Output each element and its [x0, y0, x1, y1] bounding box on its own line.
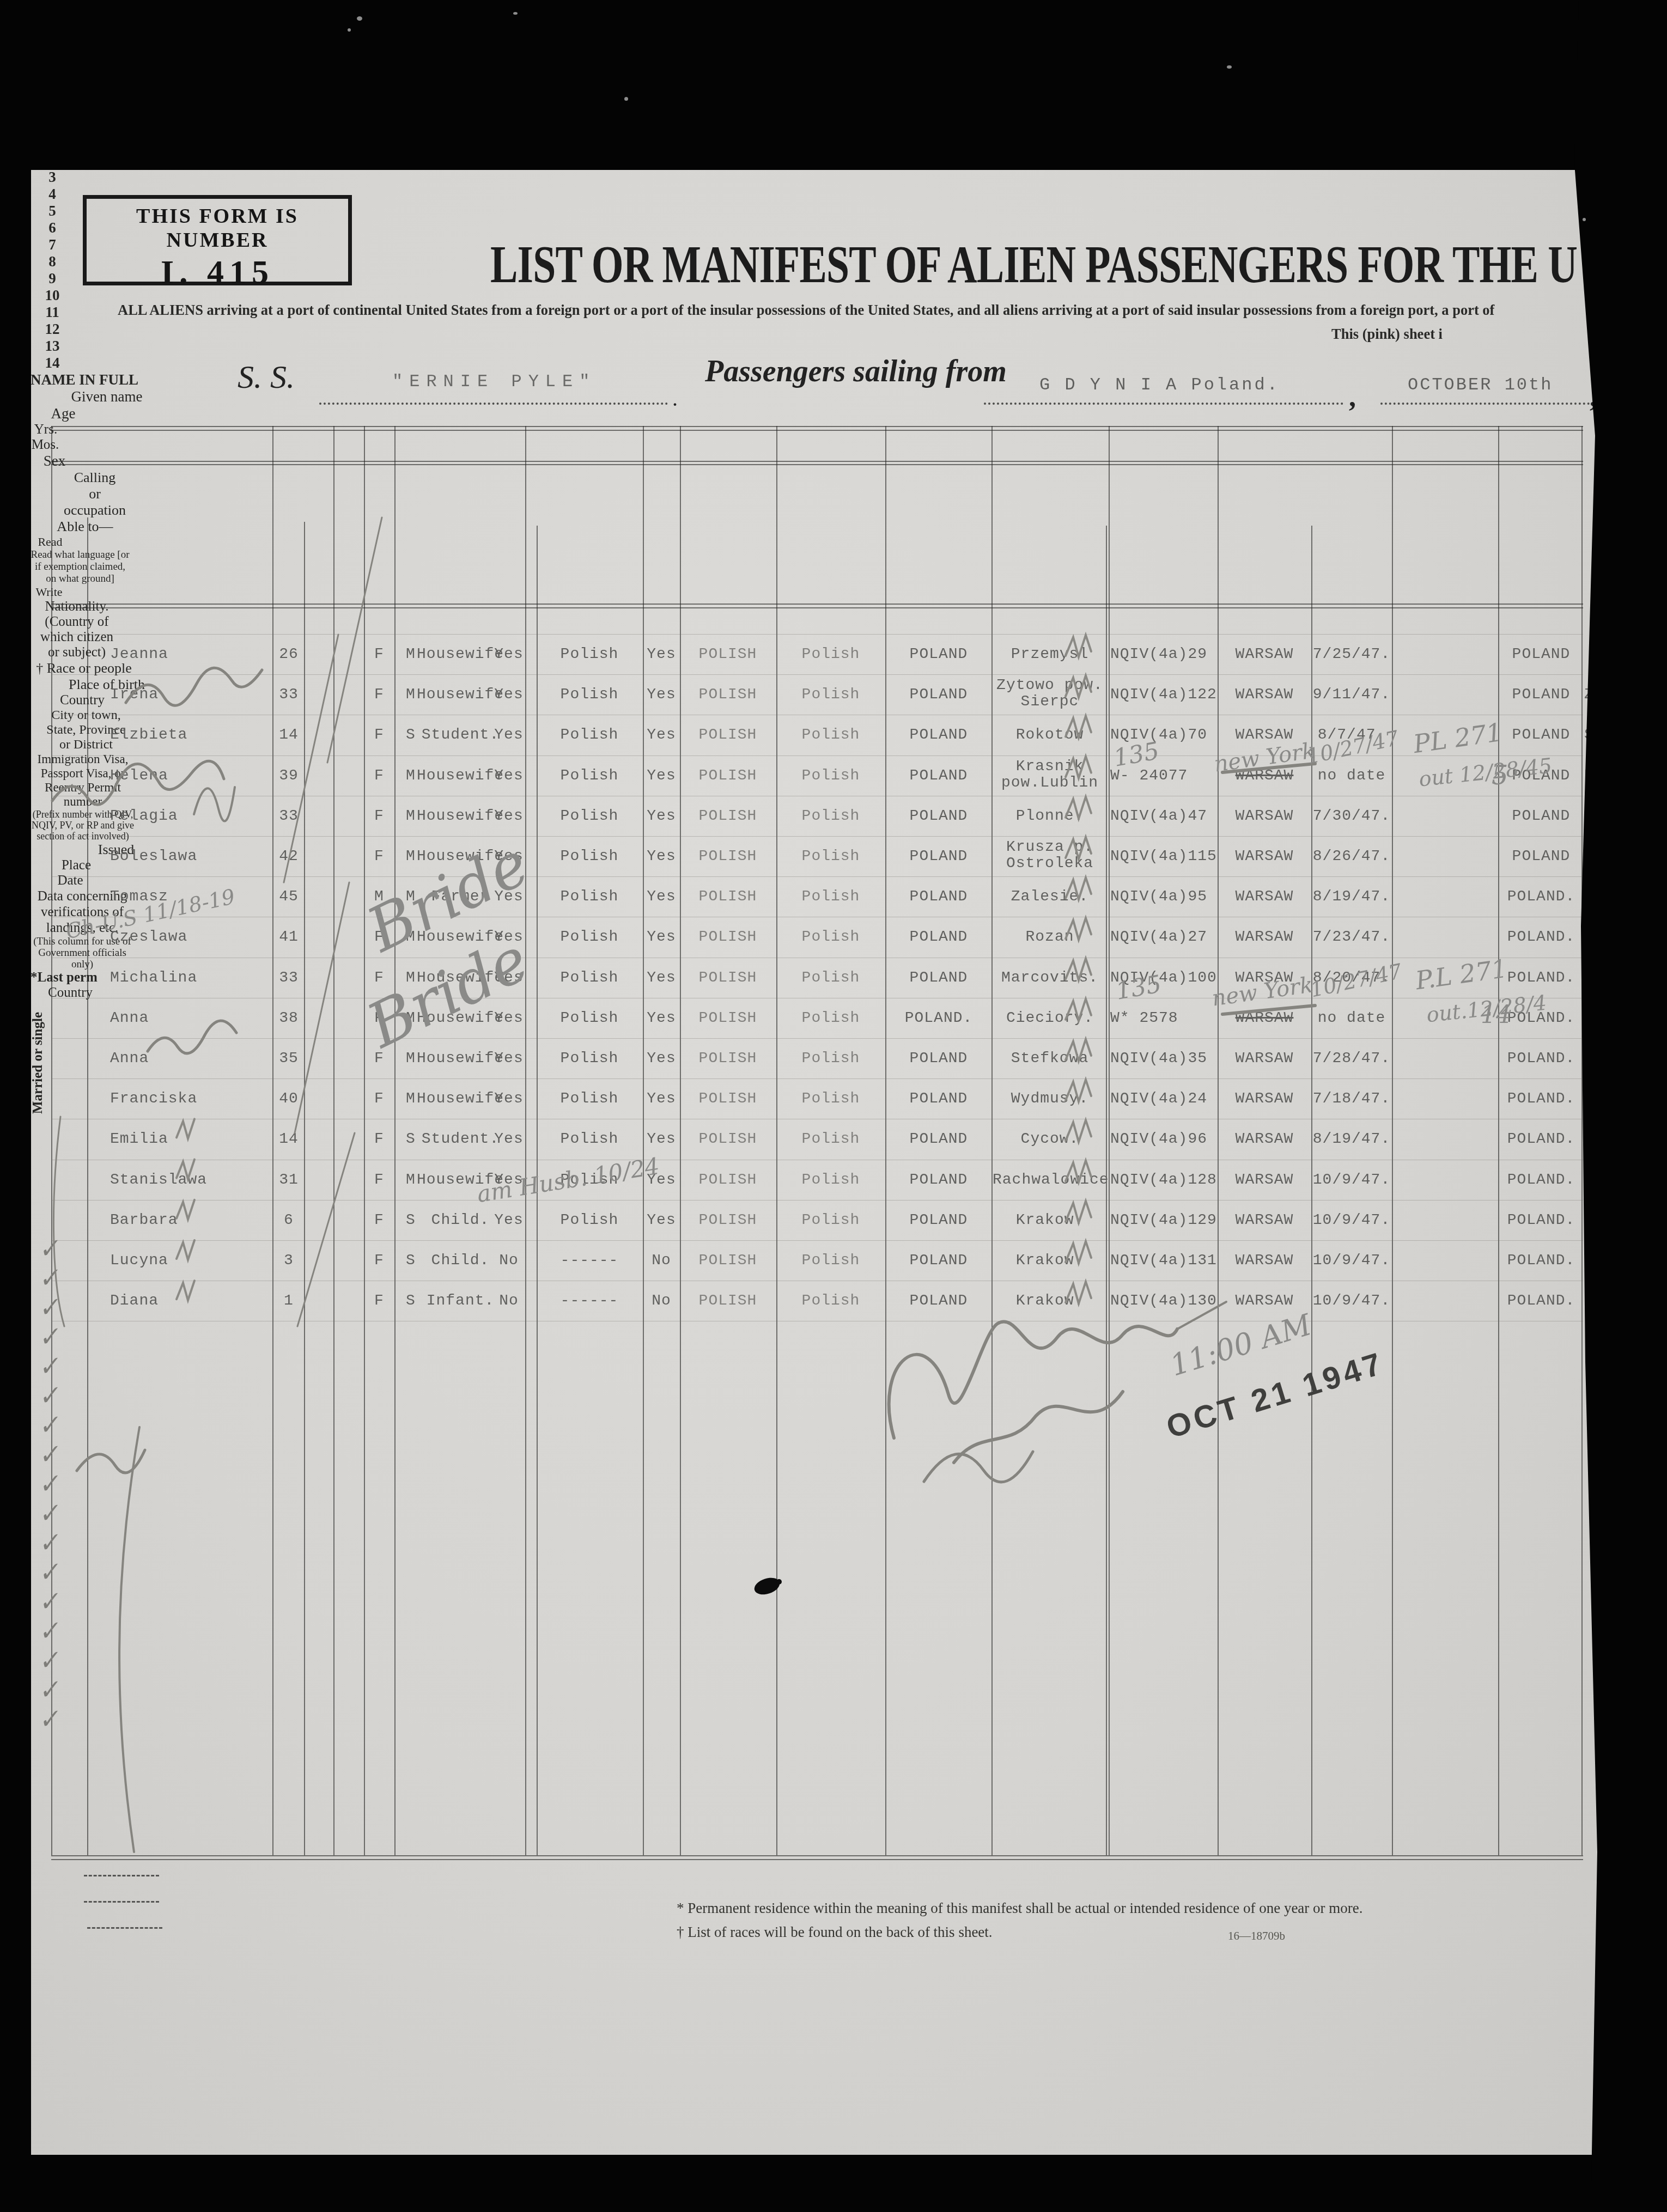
- cell-visa: NQIV(4a)115: [1110, 848, 1217, 865]
- dashed-line-2: [84, 1901, 159, 1903]
- column-number: 12: [31, 321, 74, 338]
- cell-race: Polish: [778, 1050, 884, 1067]
- cell-country: POLAND: [887, 1172, 990, 1189]
- cell-country2: POLAND.: [1500, 970, 1582, 986]
- cell-date: no date: [1312, 1010, 1391, 1027]
- form-code: 16—18709b: [1228, 1929, 1285, 1943]
- header-label: Write: [31, 585, 68, 599]
- cell-nationality: POLISH: [681, 1172, 775, 1189]
- column-number: 10: [31, 287, 74, 304]
- cell-race: Polish: [778, 1212, 884, 1229]
- header-married-or-single: Married or single: [31, 1001, 61, 1126]
- cell-country2: POLAND.: [1500, 1252, 1582, 1269]
- port-underline: [984, 402, 1343, 405]
- scan-border-bottom: [0, 2155, 1667, 2212]
- header-label: Mos.: [31, 437, 60, 453]
- cell-sex: F: [365, 848, 393, 865]
- cell-country: POLAND: [887, 1050, 990, 1067]
- cell-date: 8/26/47.: [1312, 848, 1391, 865]
- dust-speck: [513, 12, 518, 15]
- cell-date: 8/19/47.: [1312, 888, 1391, 905]
- cell-yrs: 45: [273, 888, 304, 905]
- cell-write: Yes: [644, 1212, 679, 1229]
- ship-name: "ERNIE PYLE": [392, 371, 596, 392]
- cell-write: Yes: [644, 1090, 679, 1107]
- cell-date: 10/9/47.: [1312, 1293, 1391, 1309]
- cell-sex: F: [365, 808, 393, 825]
- cell-race: Polish: [778, 1010, 884, 1027]
- cell-given: Michalina: [110, 970, 268, 986]
- cell-date: 8/19/47.: [1312, 1131, 1391, 1148]
- form-number-stamp: THIS FORM IS NUMBER I. 415: [83, 195, 352, 285]
- cell-country2: POLAND.: [1500, 929, 1582, 946]
- footnote-races: † List of races will be found on the bac…: [677, 1924, 993, 1941]
- cell-place: WARSAW: [1219, 929, 1310, 946]
- cell-country: POLAND: [887, 727, 990, 744]
- cell-country2: POLAND.: [1500, 1172, 1582, 1189]
- cell-race: Polish: [778, 970, 884, 986]
- cell-date: 7/28/47.: [1312, 1050, 1391, 1067]
- cell-country: POLAND: [887, 1212, 990, 1229]
- cell-given: Franciska: [110, 1090, 268, 1107]
- cell-yrs: 26: [273, 646, 304, 663]
- cell-date: 10/9/47.: [1312, 1252, 1391, 1269]
- table-rule: [51, 607, 1583, 608]
- column-number: 11: [31, 304, 74, 321]
- column-number: 5: [31, 203, 74, 220]
- cell-visa: NQIV(4a)131: [1110, 1252, 1217, 1269]
- cell-country2: POLAND: [1500, 727, 1582, 744]
- header-label: Date: [31, 873, 110, 888]
- cell-sex: F: [365, 767, 393, 784]
- table-rule: [51, 464, 1583, 465]
- cell-date: 7/30/47.: [1312, 808, 1391, 825]
- cell-nationality: POLISH: [681, 1131, 775, 1148]
- cell-language: Polish: [537, 970, 642, 986]
- cell-country2: POLAND.: [1500, 888, 1582, 905]
- cell-write: Yes: [644, 929, 679, 946]
- cell-visa: NQIV(4a)96: [1110, 1131, 1217, 1148]
- cell-language: Polish: [537, 646, 642, 663]
- scan-border-top: [0, 0, 1667, 170]
- cell-country2: POLAND: [1500, 646, 1582, 663]
- dust-speck: [348, 28, 351, 32]
- cell-write: Yes: [644, 970, 679, 986]
- cell-write: Yes: [644, 808, 679, 825]
- cell-date: 10/9/47.: [1312, 1172, 1391, 1189]
- cell-country2: POLAND: [1500, 686, 1582, 703]
- cell-city: Krakow.: [993, 1293, 1107, 1309]
- cell-country: POLAND: [887, 686, 990, 703]
- cell-race: Polish: [778, 767, 884, 784]
- column-number: 3: [31, 169, 74, 186]
- table-rule: [51, 461, 1583, 462]
- column-number: 8: [31, 253, 74, 270]
- cell-visa: NQIV(4a)95: [1110, 888, 1217, 905]
- cell-city: Marcovits.: [993, 970, 1107, 986]
- cell-given: Diana: [110, 1293, 268, 1309]
- cell-city: Krasnik pow.Lublin: [993, 759, 1107, 791]
- cell-yrs: 33: [273, 808, 304, 825]
- cell-country: POLAND: [887, 1252, 990, 1269]
- ship-name-underline: [319, 402, 668, 405]
- cell-date: 10/9/47.: [1312, 1212, 1391, 1229]
- row-rule: [51, 998, 1583, 998]
- cell-read: Yes: [491, 767, 526, 784]
- header-label: Place: [31, 858, 122, 873]
- cell-visa: NQIV(4a)129: [1110, 1212, 1217, 1229]
- cell-read: Yes: [491, 646, 526, 663]
- cell-country: POLAND: [887, 808, 990, 825]
- cell-city: Rozan: [993, 929, 1107, 946]
- cell-nationality: POLISH: [681, 848, 775, 865]
- cell-write: Yes: [644, 888, 679, 905]
- column-number: 9: [31, 270, 74, 287]
- cell-visa: NQIV(4a)128: [1110, 1172, 1217, 1189]
- column-number: 4: [31, 186, 74, 203]
- cell-language: Polish: [537, 727, 642, 744]
- cell-read: Yes: [491, 1010, 526, 1027]
- sailing-date: OCTOBER 10th: [1408, 375, 1553, 395]
- cell-read: Yes: [491, 727, 526, 744]
- row-rule: [51, 876, 1583, 877]
- cell-race: Polish: [778, 1131, 884, 1148]
- cell-given: Anna: [110, 1010, 268, 1027]
- cell-write: Yes: [644, 1050, 679, 1067]
- cell-place: WARSAW: [1219, 686, 1310, 703]
- cell-given: Jeanna: [110, 646, 268, 663]
- cell-yrs: 40: [273, 1090, 304, 1107]
- cell-city: Zytowo pow. Sierpc: [993, 678, 1107, 710]
- cell-race: Polish: [778, 1172, 884, 1189]
- cell-write: Yes: [644, 767, 679, 784]
- table-rule: [51, 430, 1583, 431]
- cell-date: 7/23/47.: [1312, 929, 1391, 946]
- cell-race: Polish: [778, 1090, 884, 1107]
- cell-yrs: 31: [273, 1172, 304, 1189]
- cell-country2: POLAND.: [1500, 1090, 1582, 1107]
- cell-place: WARSAW: [1219, 1293, 1310, 1309]
- dust-speck: [1583, 218, 1586, 221]
- cell-sex: F: [365, 727, 393, 744]
- cell-yrs: 35: [273, 1050, 304, 1067]
- cell-date: no date: [1312, 767, 1391, 784]
- cell-city: Krusza p. Ostroleka: [993, 839, 1107, 872]
- cell-country2: POLAND: [1500, 808, 1582, 825]
- cell-visa: W* 2578: [1110, 1010, 1217, 1027]
- cell-place: WARSAW: [1219, 1090, 1310, 1107]
- cell-given: Barbara: [110, 1212, 268, 1229]
- handwritten-annotation: 14: [1481, 1001, 1511, 1029]
- cell-nationality: POLISH: [681, 1010, 775, 1027]
- cell-language: Polish: [537, 686, 642, 703]
- cell-place: WARSAW: [1219, 808, 1310, 825]
- header-label: Age: [31, 405, 96, 422]
- cell-write: Yes: [644, 727, 679, 744]
- ss-period: .: [672, 386, 678, 411]
- cell-given: Helena: [110, 767, 268, 784]
- cell-city: Stefkowa: [993, 1050, 1107, 1067]
- cell-given: Emilia: [110, 1131, 268, 1148]
- cell-write: Yes: [644, 1131, 679, 1148]
- page-title: LIST OR MANIFEST OF ALIEN PASSENGERS FOR…: [490, 234, 1577, 295]
- row-rule: [51, 1038, 1583, 1039]
- header-label: Read: [31, 535, 70, 549]
- cell-visa: NQIV(4a)29: [1110, 646, 1217, 663]
- cell-date: 9/11/47.: [1312, 686, 1391, 703]
- cell-write: Yes: [644, 1010, 679, 1027]
- cell-visa: NQIV(4a)35: [1110, 1050, 1217, 1067]
- cell-yrs: 1: [273, 1293, 304, 1309]
- column-number: 7: [31, 236, 74, 253]
- cell-country: POLAND: [887, 1293, 990, 1309]
- cell-yrs: 33: [273, 686, 304, 703]
- cell-nationality: POLISH: [681, 808, 775, 825]
- table-rule: [51, 426, 1583, 427]
- header-label: NAME IN FULL: [31, 371, 227, 388]
- cell-language: Polish: [537, 848, 642, 865]
- cell-nationality: POLISH: [681, 1252, 775, 1269]
- dust-speck: [357, 16, 362, 21]
- cell-race: Polish: [778, 808, 884, 825]
- manifest-sheet: THIS FORM IS NUMBER I. 415 LIST OR MANIF…: [31, 169, 1602, 2157]
- cell-yrs: 6: [273, 1212, 304, 1229]
- cell-read: Yes: [491, 808, 526, 825]
- cell-city: Krakow.: [993, 1212, 1107, 1229]
- cell-sex: F: [365, 1131, 393, 1148]
- cell-language: Polish: [537, 767, 642, 784]
- cell-language: Polish: [537, 1131, 642, 1148]
- cell-sex: F: [365, 1293, 393, 1309]
- cell-race: Polish: [778, 686, 884, 703]
- cell-place: WARSAW: [1219, 1050, 1310, 1067]
- header-label: *Last perm: [31, 970, 101, 985]
- row-rule: [51, 674, 1583, 675]
- cell-given: Elzbieta: [110, 727, 268, 744]
- cell-yrs: 14: [273, 727, 304, 744]
- cell-race: Polish: [778, 727, 884, 744]
- cell-yrs: 3: [273, 1252, 304, 1269]
- cell-country: POLAND: [887, 1090, 990, 1107]
- cell-sex: F: [365, 1172, 393, 1189]
- cell-visa: NQIV(4a)27: [1110, 929, 1217, 946]
- header-label: Read what language [or if exemption clai…: [31, 549, 130, 585]
- row-rule: [51, 836, 1583, 837]
- cell-given: Czeslawa: [110, 929, 268, 946]
- cell-write: No: [644, 1252, 679, 1269]
- cell-language: Polish: [537, 929, 642, 946]
- cell-place: WARSAW: [1219, 646, 1310, 663]
- cell-city: Krakow.: [993, 1252, 1107, 1269]
- cell-city: Wydmusy.: [993, 1090, 1107, 1107]
- cell-place: WARSAW: [1219, 1252, 1310, 1269]
- cell-nationality: POLISH: [681, 929, 775, 946]
- cell-language: Polish: [537, 1050, 642, 1067]
- dust-speck: [1227, 65, 1232, 69]
- subtitle-line2: This (pink) sheet i: [1331, 326, 1443, 343]
- cell-country: POLAND.: [887, 1010, 990, 1027]
- sailing-port: G D Y N I A Poland.: [1039, 375, 1280, 395]
- cell-write: Yes: [644, 646, 679, 663]
- cell-city: Przemysl: [993, 646, 1107, 663]
- cell-country: POLAND: [887, 767, 990, 784]
- cell-city: Rachwalowice: [993, 1172, 1107, 1189]
- cell-sex: F: [365, 646, 393, 663]
- table-rule: [51, 1859, 1583, 1860]
- table-rule: [51, 1855, 1583, 1856]
- cell-write: Yes: [644, 686, 679, 703]
- cell-nationality: POLISH: [681, 1090, 775, 1107]
- subtitle-line1: ALL ALIENS arriving at a port of contine…: [118, 302, 1494, 319]
- cell-read: No: [491, 1293, 526, 1309]
- cell-language: ------: [537, 1293, 642, 1309]
- cell-city: Cieciory.: [993, 1010, 1107, 1027]
- cell-country: POLAND: [887, 848, 990, 865]
- row-rule: [51, 917, 1583, 917]
- cell-sex: F: [365, 1090, 393, 1107]
- cell-read: Yes: [491, 1131, 526, 1148]
- cell-sex: F: [365, 686, 393, 703]
- cell-country: POLAND: [887, 888, 990, 905]
- row-rule: [51, 958, 1583, 958]
- cell-visa: NQIV(4a)24: [1110, 1090, 1217, 1107]
- cell-given: Anna: [110, 1050, 268, 1067]
- cell-place: WARSAW: [1219, 1010, 1310, 1027]
- cell-race: Polish: [778, 646, 884, 663]
- row-rule: [51, 715, 1583, 715]
- cell-language: Polish: [537, 888, 642, 905]
- cell-country2: POLAND.: [1500, 1293, 1582, 1309]
- cell-city: Cycow.: [993, 1131, 1107, 1148]
- cell-given: Boleslawa: [110, 848, 268, 865]
- cell-nationality: POLISH: [681, 767, 775, 784]
- cell-race: Polish: [778, 929, 884, 946]
- cell-write: No: [644, 1293, 679, 1309]
- dashed-line-1: [84, 1875, 159, 1876]
- cell-nationality: POLISH: [681, 888, 775, 905]
- header-label: Given name: [31, 388, 183, 405]
- cell-city: Zalesie.: [993, 888, 1107, 905]
- dashed-line-3: [87, 1927, 162, 1929]
- cell-city: Plonne.: [993, 808, 1107, 825]
- sailing-from-label: Passengers sailing from: [705, 354, 1007, 389]
- cell-date: 7/25/47.: [1312, 646, 1391, 663]
- cell-country: POLAND: [887, 970, 990, 986]
- cell-nationality: POLISH: [681, 1050, 775, 1067]
- cell-yrs: 33: [273, 970, 304, 986]
- footnote-permanent-residence: * Permanent residence within the meaning…: [677, 1900, 1363, 1917]
- cell-nationality: POLISH: [681, 727, 775, 744]
- cell-write: Yes: [644, 848, 679, 865]
- cell-yrs: 38: [273, 1010, 304, 1027]
- cell-place: WARSAW: [1219, 1131, 1310, 1148]
- cell-yrs: 39: [273, 767, 304, 784]
- cell-yrs: 41: [273, 929, 304, 946]
- cell-given: Lucyna: [110, 1252, 268, 1269]
- date-underline: [1380, 402, 1598, 405]
- cell-given: Irena: [110, 686, 268, 703]
- header-label: Able to—: [31, 519, 139, 535]
- cell-read: Yes: [491, 686, 526, 703]
- cell-race: Polish: [778, 888, 884, 905]
- cell-race: Polish: [778, 1293, 884, 1309]
- cell-country: POLAND: [887, 646, 990, 663]
- header-label: Calling or occupation: [31, 470, 159, 519]
- cell-read: Yes: [491, 1090, 526, 1107]
- cell-sex: F: [365, 1252, 393, 1269]
- cell-country: POLAND: [887, 1131, 990, 1148]
- cell-language: Polish: [537, 1212, 642, 1229]
- row-rule: [51, 796, 1583, 796]
- cell-read: Yes: [491, 1050, 526, 1067]
- dust-speck: [624, 97, 628, 101]
- cell-race: Polish: [778, 848, 884, 865]
- cell-nationality: POLISH: [681, 646, 775, 663]
- cell-city: Rokotow: [993, 727, 1107, 744]
- cell-language: Polish: [537, 1010, 642, 1027]
- cell-nationality: POLISH: [681, 970, 775, 986]
- cell-read: No: [491, 1252, 526, 1269]
- cell-place: WARSAW: [1219, 888, 1310, 905]
- cell-yrs: 14: [273, 1131, 304, 1148]
- handwritten-annotation: 5: [1492, 760, 1508, 791]
- row-rule: [51, 634, 1583, 635]
- cell-visa: NQIV(4a)122: [1110, 686, 1217, 703]
- cell-read: Yes: [491, 1212, 526, 1229]
- table-rule: [51, 604, 1583, 605]
- cell-country2: POLAND: [1500, 848, 1582, 865]
- cell-visa: NQIV(4a)130: [1110, 1293, 1217, 1309]
- column-number: 13: [31, 338, 74, 355]
- form-stamp-label: THIS FORM IS NUMBER: [87, 204, 348, 252]
- cell-given: Pelagia: [110, 808, 268, 825]
- cell-nationality: POLISH: [681, 686, 775, 703]
- comma-1: ,: [1349, 381, 1356, 413]
- form-stamp-number: I. 415: [87, 253, 348, 292]
- cell-country2: POLAND.: [1500, 1131, 1582, 1148]
- cell-nationality: POLISH: [681, 1212, 775, 1229]
- manifest-scan-page: THIS FORM IS NUMBER I. 415 LIST OR MANIF…: [0, 0, 1667, 2212]
- column-number: 6: [31, 220, 74, 236]
- cell-country2: POLAND.: [1500, 1050, 1582, 1067]
- cell-given: Stanislawa: [110, 1172, 268, 1189]
- cell-sex: F: [365, 1212, 393, 1229]
- cell-country2: POLAND.: [1500, 1212, 1582, 1229]
- scan-border-left: [0, 0, 31, 2212]
- cell-place: WARSAW: [1219, 848, 1310, 865]
- cell-language: Polish: [537, 808, 642, 825]
- cell-nationality: POLISH: [681, 1293, 775, 1309]
- cell-yrs: 42: [273, 848, 304, 865]
- ss-prefix: S. S.: [238, 358, 295, 396]
- cell-country: POLAND: [887, 929, 990, 946]
- cell-place: WARSAW: [1219, 1172, 1310, 1189]
- cell-visa: NQIV(4a)70: [1110, 727, 1217, 744]
- column-number: 14: [31, 355, 74, 371]
- cell-language: ------: [537, 1252, 642, 1269]
- cell-visa: NQIV(4a)47: [1110, 808, 1217, 825]
- cell-race: Polish: [778, 1252, 884, 1269]
- cell-date: 7/18/47.: [1312, 1090, 1391, 1107]
- cell-language: Polish: [537, 1090, 642, 1107]
- cell-place: WARSAW: [1219, 1212, 1310, 1229]
